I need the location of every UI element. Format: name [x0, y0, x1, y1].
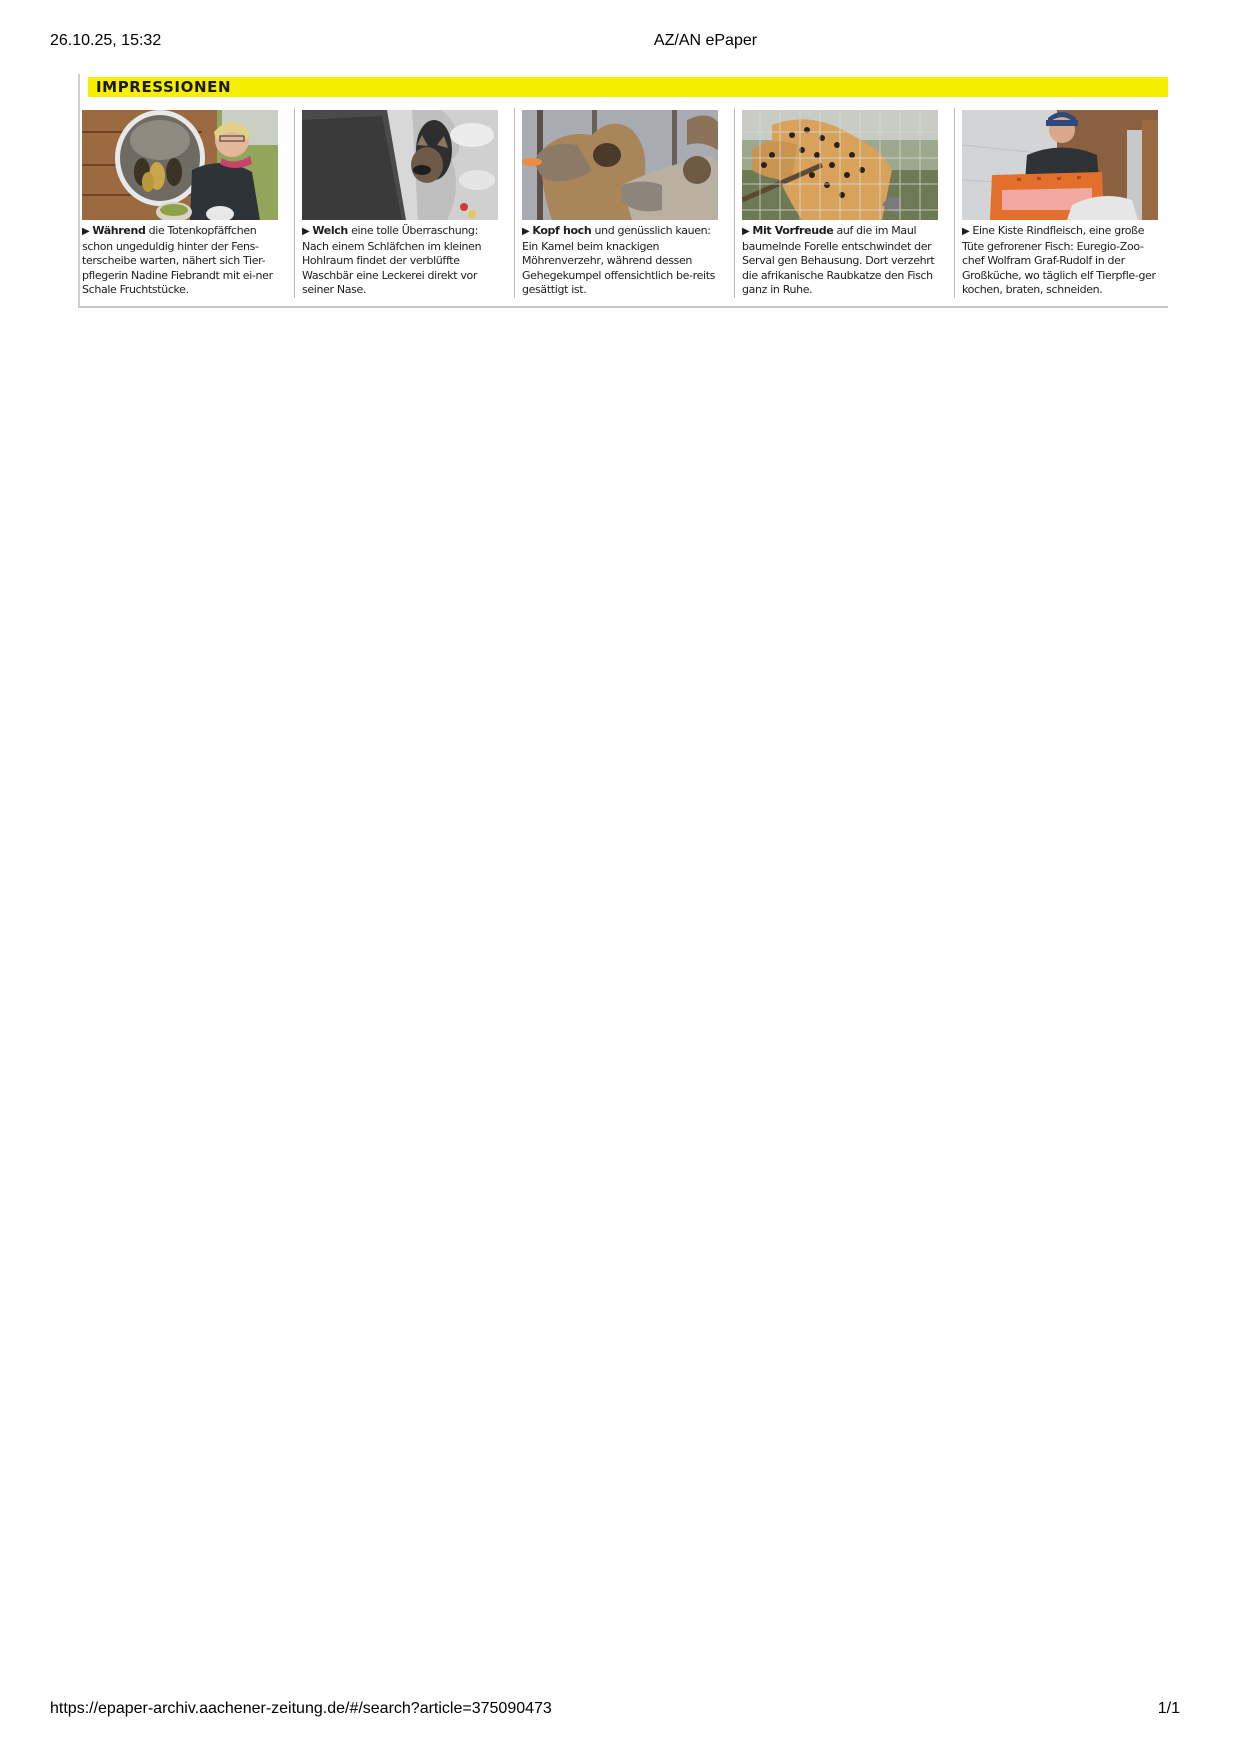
- column-divider: [294, 108, 295, 298]
- photo-image: [742, 110, 938, 220]
- caption-lead: Welch: [312, 224, 348, 237]
- caption: ▶Kopf hoch und genüsslich kauen: Ein Kam…: [522, 224, 720, 298]
- caption: ▶Welch eine tolle Überraschung: Nach ein…: [302, 224, 500, 298]
- photo-raccoon: [302, 110, 498, 220]
- print-url: https://epaper-archiv.aachener-zeitung.d…: [50, 1700, 552, 1718]
- column-divider: [954, 108, 955, 298]
- newspaper-clip: IMPRESSIONEN: [78, 74, 1168, 310]
- photo-image: [962, 110, 1158, 220]
- section-title-bar: IMPRESSIONEN: [88, 77, 1168, 97]
- impression-item: ▶Während die Totenkopfäffchen schon unge…: [82, 110, 278, 298]
- clip-bottom-border: [78, 306, 1168, 308]
- arrow-right-icon: ▶: [962, 226, 969, 237]
- photo-zoo-chef: [962, 110, 1158, 220]
- photo-image: [522, 110, 718, 220]
- arrow-right-icon: ▶: [82, 226, 89, 237]
- column-divider: [514, 108, 515, 298]
- photo-image: [82, 110, 278, 220]
- caption: ▶Eine Kiste Rindfleisch, eine große Tüte…: [962, 224, 1160, 298]
- caption-lead: Kopf hoch: [532, 224, 591, 237]
- caption-lead: Während: [92, 224, 145, 237]
- impression-item: ▶Welch eine tolle Überraschung: Nach ein…: [302, 110, 498, 298]
- impression-item: ▶Kopf hoch und genüsslich kauen: Ein Kam…: [522, 110, 718, 298]
- arrow-right-icon: ▶: [522, 226, 529, 237]
- photo-keeper-monkeys: [82, 110, 278, 220]
- print-title: AZ/AN ePaper: [0, 32, 1239, 50]
- photo-image: [302, 110, 498, 220]
- impression-item: ▶Mit Vorfreude auf die im Maul baumelnde…: [742, 110, 938, 298]
- page-number: 1/1: [1158, 1700, 1180, 1718]
- column-divider: [734, 108, 735, 298]
- caption: ▶Während die Totenkopfäffchen schon unge…: [82, 224, 280, 298]
- caption-lead: Mit Vorfreude: [752, 224, 833, 237]
- arrow-right-icon: ▶: [742, 226, 749, 237]
- photo-camels: [522, 110, 718, 220]
- impression-item: ▶Eine Kiste Rindfleisch, eine große Tüte…: [962, 110, 1158, 298]
- arrow-right-icon: ▶: [302, 226, 309, 237]
- caption-text: Eine Kiste Rindfleisch, eine große Tüte …: [962, 224, 1156, 296]
- section-title: IMPRESSIONEN: [96, 78, 231, 96]
- clip-left-border: [78, 74, 80, 308]
- caption: ▶Mit Vorfreude auf die im Maul baumelnde…: [742, 224, 940, 298]
- photo-serval: [742, 110, 938, 220]
